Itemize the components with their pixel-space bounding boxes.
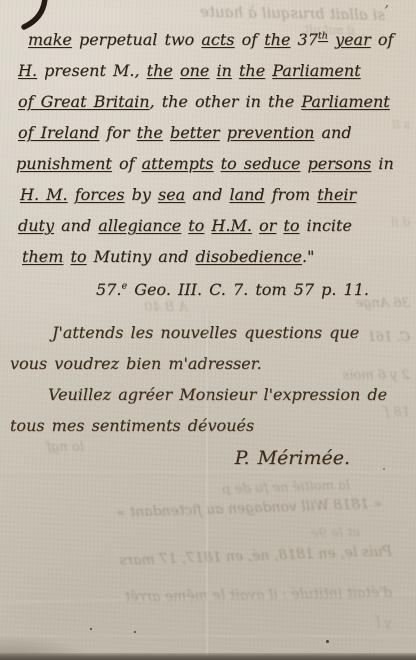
word-segment: attempts <box>142 154 214 173</box>
word-segment: and <box>185 185 229 204</box>
word-segment: allegiance <box>98 216 181 235</box>
word-segment: of <box>235 30 265 49</box>
paper-speck <box>383 468 385 470</box>
ink-showthrough-line: la moitié ne fu de p <box>120 478 350 501</box>
word-segment: to <box>188 216 204 235</box>
word-segment: Veuillez agréer Monsieur l'expression de <box>48 385 387 404</box>
handwritten-line: tous mes sentiments dévoués <box>10 410 406 441</box>
ink-tick-mark: ’ <box>384 2 389 20</box>
handwritten-line: duty and allegiance to H.M. or to incite <box>18 210 406 241</box>
word-segment: sea <box>158 185 185 204</box>
word-segment <box>252 216 259 235</box>
ink-showthrough-line: « 1818 Will vondagen au fictendant » <box>30 496 382 524</box>
handwritten-line: H. M. forces by sea and land from their <box>20 179 406 210</box>
word-segment: to <box>283 216 299 235</box>
word-segment: perpetual two <box>72 30 201 49</box>
word-segment: P. Mérimée. <box>235 447 350 469</box>
word-segment: their <box>317 185 356 204</box>
word-segment: prevention <box>227 123 315 142</box>
word-segment: by <box>125 185 158 204</box>
word-segment <box>300 154 307 173</box>
word-segment: for <box>99 123 136 142</box>
word-segment: J'attends les nouvelles questions que <box>52 323 359 342</box>
word-segment: duty <box>18 216 54 235</box>
handwritten-line: Veuillez agréer Monsieur l'expression de <box>48 379 406 410</box>
word-segment: incite <box>299 216 351 235</box>
handwritten-line: vous voudrez bien m'adresser. <box>10 348 406 379</box>
word-segment: tous mes sentiments dévoués <box>10 416 254 435</box>
word-segment: punishment <box>16 154 112 173</box>
ink-showthrough-line: et le 9e <box>60 525 360 545</box>
word-segment: them <box>22 247 63 266</box>
word-segment: of Ireland <box>18 123 99 142</box>
word-segment: to <box>70 247 86 266</box>
ink-showthrough-line: d'était intitulé : il avait le même arrê… <box>24 585 392 607</box>
handwritten-line: J'attends les nouvelles questions que <box>52 317 406 348</box>
word-segment: Mutiny and <box>87 247 196 266</box>
word-segment <box>163 123 170 142</box>
letter-page: si allait brusquil à hauteil mil ults ll… <box>0 0 416 660</box>
handwritten-line: of Ireland for the better prevention and <box>18 117 406 148</box>
word-segment: year <box>335 30 371 49</box>
word-segment: 57. <box>96 280 121 299</box>
paper-speck <box>90 628 92 630</box>
letter-text: make perpetual two acts of the 37th year… <box>0 24 416 474</box>
page-bottom-edge <box>0 653 416 660</box>
word-segment: in <box>371 154 394 173</box>
word-segment: of Great Britain <box>18 92 150 111</box>
word-segment: and <box>54 216 98 235</box>
word-segment <box>173 61 180 80</box>
word-segment <box>220 123 227 142</box>
paper-wrinkle <box>0 636 416 639</box>
word-segment: H.M. <box>211 216 252 235</box>
word-segment: vous voudrez bien m'adresser. <box>10 354 262 373</box>
word-segment: H. M. <box>20 185 68 204</box>
word-segment: disobedience <box>195 247 301 266</box>
word-segment: forces <box>75 185 125 204</box>
word-segment: better <box>170 123 220 142</box>
word-segment: Geo. III. C. 7. tom 57 p. 11. <box>127 280 369 299</box>
word-segment <box>328 30 335 49</box>
ink-showthrough-line: y f <box>329 608 392 631</box>
citation-line: 57.e Geo. III. C. 7. tom 57 p. 11. <box>96 274 406 305</box>
word-segment <box>68 185 75 204</box>
word-segment: 37 <box>290 30 317 49</box>
word-segment: or <box>259 216 276 235</box>
word-segment: of <box>371 30 394 49</box>
paper-speck <box>326 640 329 643</box>
word-segment: from <box>265 185 318 204</box>
word-segment: , the other in the <box>150 92 302 111</box>
word-segment: the <box>264 30 290 49</box>
word-segment: acts <box>201 30 234 49</box>
word-segment: the <box>147 61 173 80</box>
word-segment: make <box>28 30 72 49</box>
handwritten-line: H. present M., the one in the Parliament <box>18 55 406 86</box>
word-segment: persons <box>308 154 372 173</box>
word-segment: ." <box>302 247 314 266</box>
word-segment <box>232 61 239 80</box>
ink-showthrough-line: Puis le, en 1818, né, en 1817, 17 mars <box>18 543 392 572</box>
word-segment: in <box>216 61 231 80</box>
word-segment: Parliament <box>301 92 389 111</box>
word-segment: present M., <box>37 61 147 80</box>
handwritten-line: make perpetual two acts of the 37th year… <box>28 24 406 55</box>
paper-speck <box>134 631 136 633</box>
handwritten-line: them to Mutiny and disobedience." <box>22 241 406 272</box>
word-segment: to seduce <box>221 154 301 173</box>
word-segment: Parliament <box>272 61 360 80</box>
word-segment: the <box>239 61 265 80</box>
word-segment: the <box>137 123 163 142</box>
paper-wrinkle <box>0 594 416 606</box>
word-segment: H. <box>18 61 37 80</box>
word-segment: land <box>229 185 264 204</box>
signature-line: P. Mérimée. <box>10 443 406 474</box>
word-segment: and <box>314 123 351 142</box>
ink-showthrough-line: si allait brusquil à haute <box>55 0 385 24</box>
word-segment: of <box>112 154 142 173</box>
word-segment: th <box>318 31 328 42</box>
word-segment <box>214 154 221 173</box>
handwritten-line: punishment of attempts to seduce persons… <box>16 148 406 179</box>
handwritten-line: of Great Britain, the other in the Parli… <box>18 86 406 117</box>
word-segment: one <box>180 61 209 80</box>
